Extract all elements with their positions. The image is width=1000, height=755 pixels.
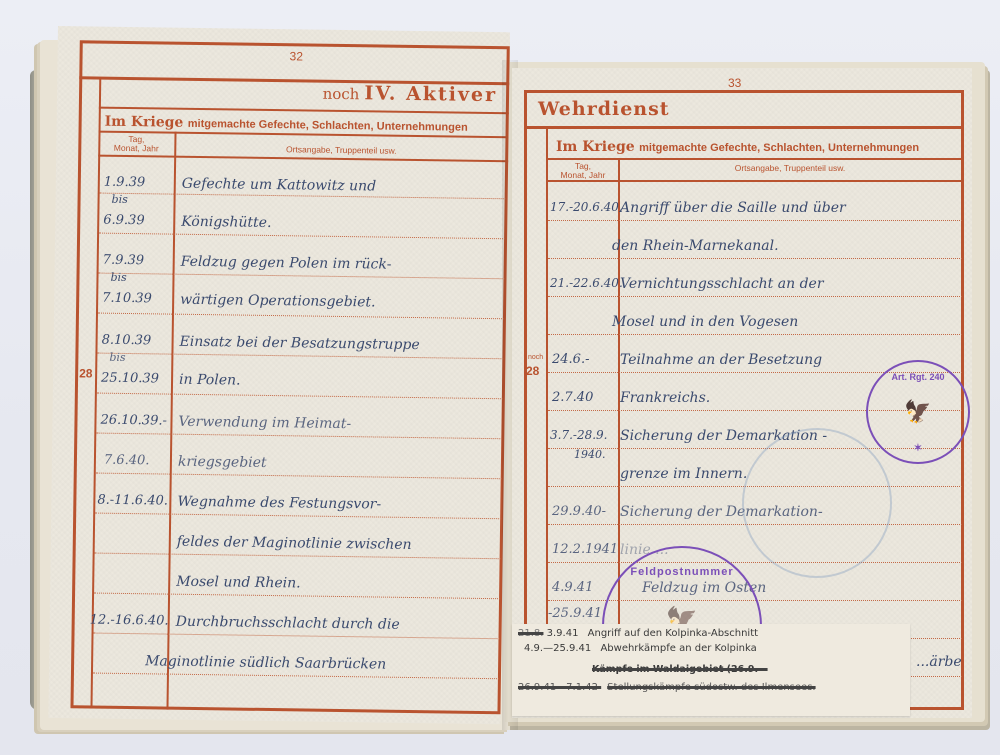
slip-date: 3.9.41: [547, 628, 579, 639]
slip-date: 4.9.—25.9.41: [524, 643, 591, 654]
entry-date: 24.6.-: [552, 352, 589, 367]
slip-text: Angriff auf den Kolpinka-Abschnitt: [588, 628, 758, 639]
margin-line: [546, 128, 548, 710]
entry-text: den Rhein-Marnekanal.: [612, 238, 779, 254]
slip-line-struck: 26.9.41—7.1.42 Stellungskämpfe südostw. …: [518, 682, 816, 693]
entry-date: 6.9.39: [103, 213, 145, 229]
section-header-rest: mitgemachte Gefechte, Schlachten, Untern…: [639, 142, 919, 154]
entry-date: 1940.: [574, 448, 606, 461]
entry-text: Gefechte um Kattowitz und: [182, 176, 377, 195]
section-header-rest: mitgemachte Gefechte, Schlachten, Untern…: [188, 118, 468, 134]
entry-date: 4.9.41: [552, 580, 593, 595]
entry-text: Angriff über die Saille und über: [620, 200, 846, 216]
entry-text: feldes der Maginotlinie zwischen: [177, 534, 412, 553]
entry-date: 8.10.39: [102, 333, 152, 349]
entry-text: Teilnahme an der Besetzung: [620, 352, 822, 368]
margin-note: noch: [528, 354, 543, 361]
entry-date: 25.10.39: [101, 371, 159, 387]
slip-line: 4.9.—25.9.41 Abwehrkämpfe an der Kolpink…: [524, 643, 757, 654]
place-column-header: Ortsangabe, Truppenteil usw.: [620, 164, 960, 173]
entry-text: Einsatz bei der Besatzungstruppe: [179, 334, 419, 353]
entry-date: 1.9.39: [104, 175, 146, 191]
ruled-line: [548, 258, 962, 259]
faint-background-stamp: [742, 428, 892, 578]
column-header-bottom: [546, 180, 964, 182]
slip-date: 26.9.41—7.1.42: [518, 682, 598, 693]
entry-text: Durchbruchsschlacht durch die: [176, 614, 400, 633]
trailing-handwriting: ...ärbe: [916, 654, 962, 670]
star-icon: ✶: [914, 443, 922, 454]
left-page: 32 noch IV. Aktiver Im Kriege mitgemacht…: [48, 26, 510, 724]
ruled-line: [548, 296, 962, 297]
page-title: Wehrdienst: [538, 98, 670, 120]
entry-date: 12.2.1941: [552, 542, 618, 557]
page-title: noch IV. Aktiver: [323, 82, 498, 106]
entry-text: Mosel und Rhein.: [176, 574, 301, 592]
entry-date: 3.7.-28.9.: [550, 428, 608, 442]
entry-date: 2.7.40: [552, 390, 593, 405]
entry-date: 7.10.39: [102, 291, 152, 307]
date-column-header: Tag, Monat, Jahr: [548, 162, 618, 180]
entry-text: Wegnahme des Festungsvor-: [177, 494, 381, 513]
open-service-book: 32 noch IV. Aktiver Im Kriege mitgemacht…: [0, 0, 1000, 755]
entry-date: bis: [109, 351, 125, 364]
entry-text: Mosel und in den Vogesen: [612, 314, 798, 330]
pasted-typed-slip: 21.8. 3.9.41 Angriff auf den Kolpinka-Ab…: [512, 624, 910, 716]
page-number: 33: [728, 76, 741, 90]
margin-number: 28: [79, 366, 93, 380]
margin-number: 28: [526, 364, 539, 378]
entry-date: 7.9.39: [103, 253, 145, 269]
entry-date: 26.10.39.-: [100, 413, 167, 429]
ruled-line: [548, 562, 962, 563]
title-divider: [524, 126, 964, 129]
entry-date: bis: [110, 271, 126, 284]
entry-date: 12.-16.6.40.: [90, 613, 169, 629]
entry-text: grenze im Innern.: [620, 466, 747, 482]
entry-text: wärtigen Operationsgebiet.: [180, 292, 376, 311]
slip-line: 21.8. 3.9.41 Angriff auf den Kolpinka-Ab…: [518, 628, 758, 639]
ruled-line: [548, 220, 962, 221]
unit-stamp: Art. Rgt. 240 🦅 ✶: [866, 360, 970, 464]
entry-text: Vernichtungsschlacht an der: [620, 276, 824, 292]
feldpost-stamp-text: Feldpostnummer: [630, 566, 733, 578]
entry-date: 29.9.40-: [552, 504, 606, 519]
date-header-line2: Monat, Jahr: [100, 144, 172, 154]
slip-line-struck: Kämpfe im Waldaigebiet (26.9.—: [592, 664, 768, 675]
title-prefix: noch: [323, 85, 360, 104]
entry-date: 8.-11.6.40.: [97, 493, 168, 509]
entry-date: 21.-22.6.40.: [550, 276, 623, 290]
slip-text: Stellungskämpfe südostw. des Ilmensees.: [607, 682, 815, 693]
entry-text: kriegsgebiet: [178, 454, 267, 471]
entry-date: 7.6.40.: [104, 453, 150, 469]
entry-text: Verwendung im Heimat-: [178, 414, 351, 432]
unit-stamp-text: Art. Rgt. 240: [891, 372, 944, 382]
title-text: IV. Aktiver: [364, 82, 497, 106]
entry-text: Frankreichs.: [620, 390, 710, 406]
entry-text: Königshütte.: [181, 214, 271, 231]
section-header-big: Im Kriege: [556, 139, 635, 155]
entry-text: Maginotlinie südlich Saarbrücken: [145, 653, 386, 672]
entry-date: 17.-20.6.40.: [550, 200, 623, 214]
entry-text: Feldzug gegen Polen im rück-: [181, 254, 392, 273]
column-header-top: [546, 158, 964, 160]
section-header-big: Im Kriege: [105, 114, 184, 131]
entry-date: -25.9.41: [548, 606, 602, 621]
ruled-line: [548, 334, 962, 335]
slip-text: Abwehrkämpfe an der Kolpinka: [600, 643, 756, 654]
section-header: Im Kriege mitgemachte Gefechte, Schlacht…: [556, 138, 919, 156]
date-header-line2: Monat, Jahr: [548, 171, 618, 180]
entry-text: in Polen.: [179, 372, 241, 389]
entry-date: bis: [111, 193, 127, 206]
right-page: 33 Wehrdienst Im Kriege mitgemachte Gefe…: [512, 68, 972, 718]
eagle-emblem-icon: 🦅: [904, 400, 931, 425]
slip-struck-prefix: 21.8.: [518, 628, 543, 639]
date-column-header: Tag, Monat, Jahr: [100, 135, 172, 154]
